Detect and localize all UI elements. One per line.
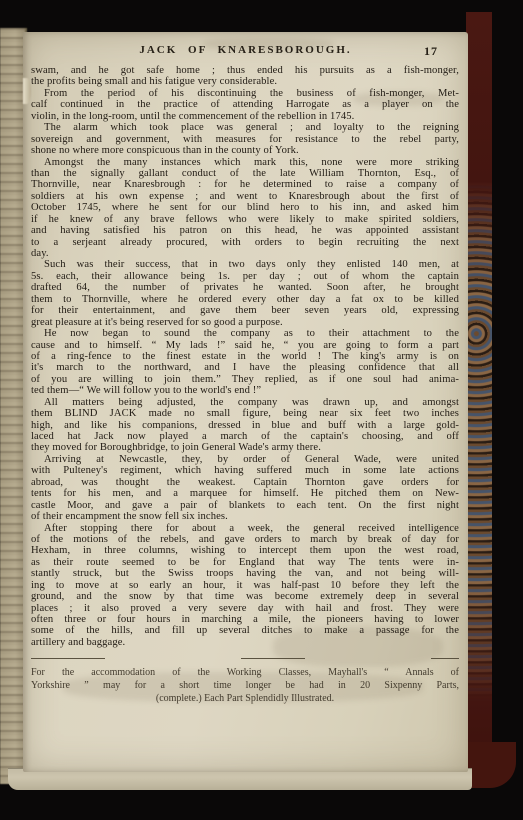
text-line: places ; it also proved a very severe da…	[31, 603, 459, 614]
footer-advert-line: For the accommodation of the Working Cla…	[31, 666, 459, 679]
text-line: it's march to the northward, and I have …	[31, 362, 459, 373]
text-line: great pleasure at it's being reserved fo…	[31, 317, 459, 328]
text-line: swam, and he got safe home ; thus ended …	[31, 65, 459, 76]
text-line: Amongst the many instances which mark th…	[31, 157, 459, 168]
paper-curl	[23, 78, 31, 104]
body-text: swam, and he got safe home ; thus ended …	[31, 65, 459, 648]
text-line: laced hat Jack now played a march of the…	[31, 431, 459, 442]
text-line: artillery and baggage.	[31, 637, 459, 648]
text-line: some of the hills, and fill up several d…	[31, 625, 459, 636]
book-binding-edge	[466, 12, 492, 778]
text-line: they moved for Boroughbridge, to join Ge…	[31, 442, 459, 453]
text-line: ground, and the snow by that time was be…	[31, 591, 459, 602]
text-line: high, and like his companions, dressed i…	[31, 420, 459, 431]
separator-segment	[241, 658, 305, 659]
text-line: calf continued in the practice of attend…	[31, 99, 459, 110]
text-line: He now began to sound the company as to …	[31, 328, 459, 339]
text-line: soldiers at his own expense ; and went t…	[31, 191, 459, 202]
scanned-book-photo: { "book_page": { "header": { "title": "J…	[0, 0, 523, 820]
text-line: 5s. each, their allowance being 1s. per …	[31, 271, 459, 282]
text-line: for their entertainment, and gave them b…	[31, 305, 459, 316]
text-line: abroad, was thought the weakest. Captain…	[31, 477, 459, 488]
text-line: stantly struck, but the Swiss troops hav…	[31, 568, 459, 579]
text-line: drafted 64, the number of privates he wa…	[31, 282, 459, 293]
text-line: The alarm which took place was general ;…	[31, 122, 459, 133]
footer-advert-line: Yorkshire ” may for a short time longer …	[31, 679, 459, 692]
footer-advert-line: (complete.) Each Part Splendidly Illustr…	[31, 692, 459, 705]
text-line: Hexham, in three columns, wishing to int…	[31, 545, 459, 556]
page-header-title: JACK OF KNARESBOROUGH.	[23, 44, 468, 56]
text-line: to a serjeant already procured, with ord…	[31, 237, 459, 248]
text-line: of the motions of the rebels, and gave o…	[31, 534, 459, 545]
text-line: cause and to himself. “ My lads !” said …	[31, 340, 459, 351]
text-line: Arriving at Newcastle, they, by order of…	[31, 454, 459, 465]
page-number: 17	[424, 44, 438, 59]
text-line: sovereign and government, with measures …	[31, 134, 459, 145]
text-line: Such was their success, that in two days…	[31, 259, 459, 270]
text-line: violin, in the long-room, until the comm…	[31, 111, 459, 122]
text-line: All matters being adjusted, the company …	[31, 397, 459, 408]
text-line: After stopping there for about a week, t…	[31, 523, 459, 534]
text-line: and having satisfied his patron on this …	[31, 225, 459, 236]
text-line: day.	[31, 248, 459, 259]
text-line: as their route seemed to be for England …	[31, 557, 459, 568]
text-line: ing to move at so early an hour, it was …	[31, 580, 459, 591]
text-line: Thornville, near Knaresbrough : for he d…	[31, 179, 459, 190]
text-line: if he knew of any brave fellows who were…	[31, 214, 459, 225]
text-line: them to Thornville, where he ordered eve…	[31, 294, 459, 305]
text-line: castle Moor, and gave a pair of blankets…	[31, 500, 459, 511]
text-line: shone no where more conspicuous than in …	[31, 145, 459, 156]
text-line: of you are willing to join them.” They r…	[31, 374, 459, 385]
text-line: the profits being small and his fatigue …	[31, 76, 459, 87]
text-line: than the signally gallant conduct of the…	[31, 168, 459, 179]
running-head: JACK OF KNARESBOROUGH. 17	[23, 44, 468, 60]
text-line: October 1745, where he sent for our blin…	[31, 202, 459, 213]
text-line: of their encampment the snow fell six in…	[31, 511, 459, 522]
text-line: From the period of his discontinuing the…	[31, 88, 459, 99]
text-line: often three or four hours in marching a …	[31, 614, 459, 625]
text-line: of a ring-fence to the finest estate in …	[31, 351, 459, 362]
text-line: with Pulteney's regiment, which having s…	[31, 465, 459, 476]
text-line: ted them—“ We will follow you to the wor…	[31, 385, 459, 396]
book-page: JACK OF KNARESBOROUGH. 17 swam, and he g…	[23, 32, 468, 772]
text-line: them BLIND JACK made no small figure, be…	[31, 408, 459, 419]
separator-rule	[31, 658, 459, 660]
separator-segment	[31, 658, 105, 659]
footer-advert: For the accommodation of the Working Cla…	[31, 666, 459, 705]
separator-segment	[431, 658, 459, 659]
text-line: tents for his men, and a marquee for him…	[31, 488, 459, 499]
